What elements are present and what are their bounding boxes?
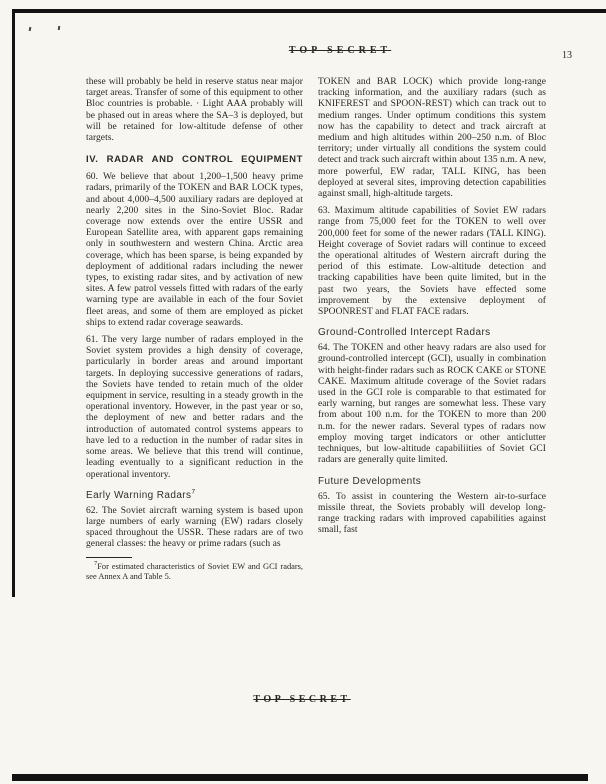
classification-header: TOP SECRET (230, 45, 450, 56)
footnote-text: For estimated characteristics of Soviet … (86, 562, 303, 581)
early-warning-radars-heading: Early Warning Radars7 (86, 490, 303, 501)
paragraph-61: 61. The very large number of radars empl… (86, 335, 303, 481)
scan-artifact-mark (29, 27, 32, 31)
scan-artifact-mark (58, 26, 61, 30)
early-warning-radars-heading-text: Early Warning Radars (86, 490, 191, 501)
right-column: TOKEN and BAR LOCK) which provide long-r… (318, 77, 546, 542)
paragraph-59-continuation: these will probably be held in reserve s… (86, 77, 303, 144)
paragraph-62-continuation: TOKEN and BAR LOCK) which provide long-r… (318, 77, 546, 200)
left-border-rule (12, 9, 15, 597)
classification-footer: TOP SECRET (222, 694, 382, 705)
bottom-border-bar (12, 774, 588, 781)
document-page: TOP SECRET 13 these will probably be hel… (0, 0, 606, 784)
footnote: 7For estimated characteristics of Soviet… (86, 562, 303, 582)
footnote-separator-rule (86, 557, 132, 558)
section-heading-radar-and-control-equipment: IV. RADAR AND CONTROL EQUIPMENT (86, 154, 303, 165)
left-column: these will probably be held in reserve s… (86, 77, 303, 582)
paragraph-62: 62. The Soviet aircraft warning system i… (86, 506, 303, 551)
top-border-rule (12, 9, 606, 13)
footnote-reference-marker: 7 (191, 488, 195, 495)
future-developments-heading: Future Developments (318, 476, 546, 487)
gci-radars-heading: Ground-Controlled Intercept Radars (318, 327, 546, 338)
page-number: 13 (562, 50, 572, 61)
paragraph-63: 63. Maximum altitude capabilities of Sov… (318, 206, 546, 318)
paragraph-64: 64. The TOKEN and other heavy radars are… (318, 343, 546, 466)
paragraph-65: 65. To assist in countering the Western … (318, 492, 546, 537)
paragraph-60: 60. We believe that about 1,200–1,500 he… (86, 172, 303, 329)
